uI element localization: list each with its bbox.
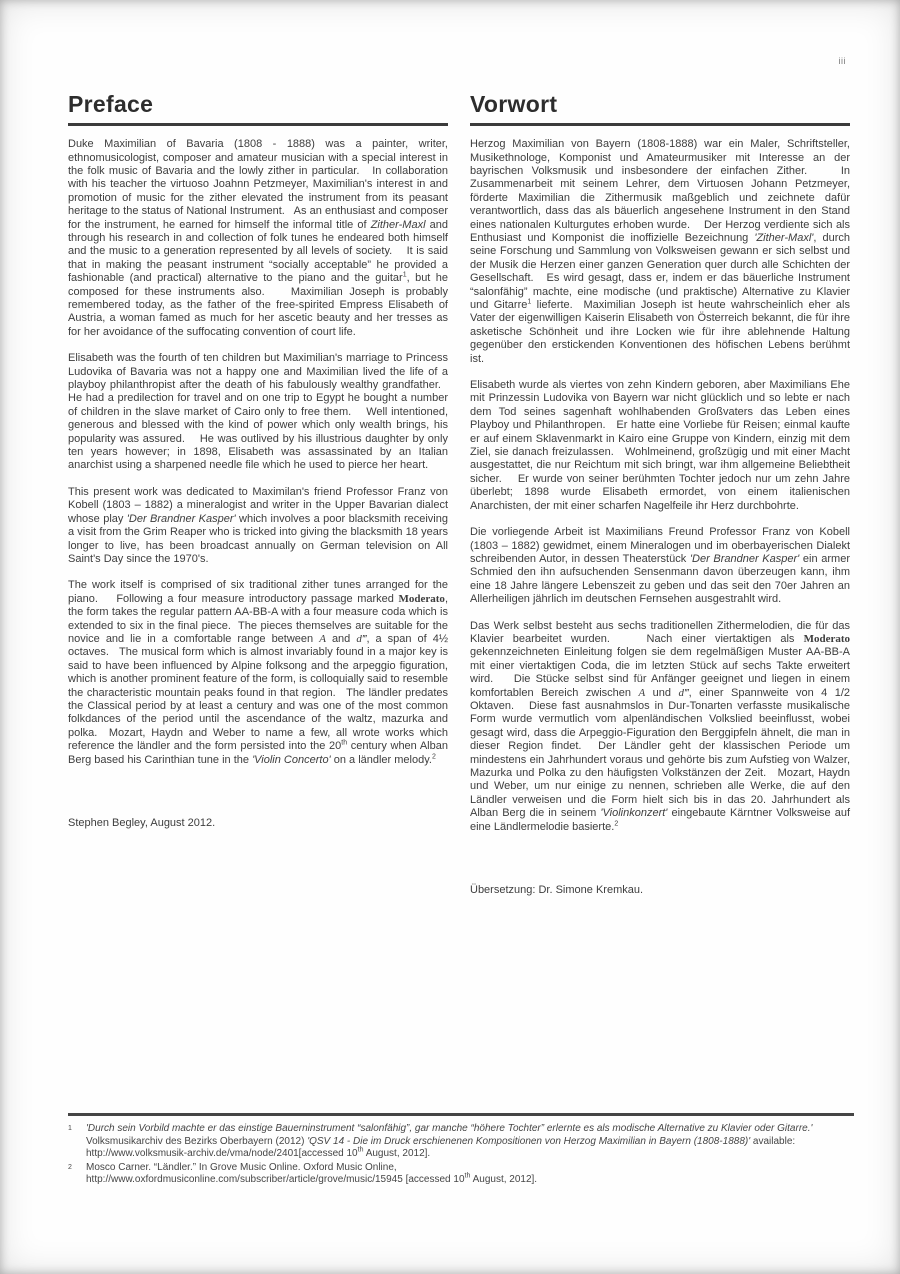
paragraph: Elisabeth was the fourth of ten children… (68, 352, 448, 473)
two-column-layout: Preface Duke Maximilian of Bavaria (1808… (68, 92, 850, 908)
vorwort-column: Vorwort Herzog Maximilian von Bayern (18… (470, 92, 850, 908)
footnotes-section: 1'Durch sein Vorbild machte er das einst… (68, 1113, 854, 1188)
preface-column: Preface Duke Maximilian of Bavaria (1808… (68, 92, 448, 908)
text-run: 'Der Brandner Kasper' (127, 513, 236, 525)
text-run: 'Der Brandner Kasper' (690, 553, 799, 565)
preface-signature: Stephen Begley, August 2012. (68, 817, 448, 830)
paragraph: Duke Maximilian of Bavaria (1808 - 1888)… (68, 138, 448, 339)
preface-paragraphs: Duke Maximilian of Bavaria (1808 - 1888)… (68, 138, 448, 767)
preface-title: Preface (68, 92, 448, 116)
footnote-reference: 1 (527, 298, 531, 305)
paragraph: Herzog Maximilian von Bayern (1808-1888)… (470, 138, 850, 366)
vorwort-paragraphs: Herzog Maximilian von Bayern (1808-1888)… (470, 138, 850, 834)
text-run: Mosco Carner. “Ländler.” In Grove Music … (86, 1162, 397, 1173)
footnote-reference: 2 (432, 753, 436, 760)
text-run: Moderato (804, 633, 850, 645)
text-run: 'Zither-Maxl' (754, 232, 813, 244)
text-run: http://www.volksmusik-archiv.de/vma/node… (86, 1148, 358, 1159)
text-run: August, 2012]. (470, 1174, 537, 1185)
vorwort-title-rule (470, 123, 850, 126)
paragraph: The work itself is comprised of six trad… (68, 579, 448, 767)
text-run: d‴ (678, 687, 688, 699)
vorwort-title: Vorwort (470, 92, 850, 116)
text-run: 'QSV 14 - Die im Druck erschienenen Komp… (307, 1136, 750, 1147)
footnote: 2Mosco Carner. “Ländler.” In Grove Music… (68, 1162, 854, 1187)
text-run: A (319, 633, 326, 645)
text-run: 'Violinkonzert' (600, 807, 667, 819)
text-run: d‴ (356, 633, 366, 645)
text-run: 'Durch sein Vorbild machte er das einsti… (86, 1123, 812, 1134)
paragraph: Elisabeth wurde als viertes von zehn Kin… (470, 379, 850, 513)
footnote-marker: 2 (68, 1162, 86, 1175)
paragraph: Die vorliegende Arbeit ist Maximilians F… (470, 526, 850, 606)
footnote-reference: 1 (403, 272, 407, 279)
text-run: available: (750, 1136, 795, 1147)
footnote-text: 'Durch sein Vorbild machte er das einsti… (86, 1123, 854, 1161)
text-run: Zither-Maxl (371, 219, 426, 231)
text-run: August, 2012]. (363, 1148, 430, 1159)
preface-title-rule (68, 123, 448, 126)
text-run: Moderato (399, 593, 445, 605)
text-run: A (638, 687, 645, 699)
document-page: iii Preface Duke Maximilian of Bavaria (… (0, 0, 900, 1274)
paragraph: This present work was dedicated to Maxim… (68, 486, 448, 566)
footnote-reference: 2 (614, 820, 618, 827)
footnote-reference: th (341, 740, 347, 747)
text-run: 'Violin Concerto' (252, 754, 331, 766)
text-run: http://www.oxfordmusiconline.com/subscri… (86, 1174, 465, 1185)
vorwort-signature: Übersetzung: Dr. Simone Kremkau. (470, 884, 850, 897)
footnote: 1'Durch sein Vorbild machte er das einst… (68, 1123, 854, 1161)
paragraph: Das Werk selbst besteht aus sechs tradit… (470, 620, 850, 835)
footnote-marker: 1 (68, 1123, 86, 1136)
page-number: iii (839, 56, 847, 66)
footnote-text: Mosco Carner. “Ländler.” In Grove Music … (86, 1162, 854, 1187)
